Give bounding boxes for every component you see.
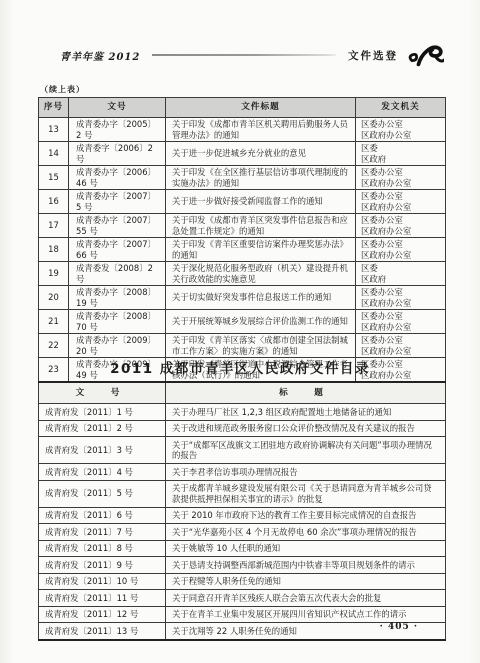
doc-title-cell: 关于印发《青羊区重要信访案件办理奖惩办法》的通知 (166, 238, 356, 262)
issuer-line: 区政府 (361, 154, 386, 164)
doc-title-cell: 关于“光华嘉苑小区 4 个月无故停电 60 余次”事项办理情况的报告 (166, 524, 446, 541)
issuer-line: 区委 (361, 143, 378, 153)
issuer-cell: 区委区政府 (356, 262, 446, 286)
serial-number-cell: 21 (39, 310, 69, 334)
issuer-line: 区委 (361, 263, 378, 273)
issuer-line: 区委办公室 (361, 335, 403, 345)
committee-documents-table: 序号文号文件标题发文机关 13成青委办字〔2005〕2 号关于印发《成都市青羊区… (38, 97, 446, 382)
scanned-page: 青羊年鉴 2012 文件选登 （续上表） 序号文号文件标题发文机关 13成青委办… (0, 0, 480, 663)
table-row: 成青府发〔2011〕9 号关于恳请支持调整西部新城范围内中铁睿丰等项目规划条件的… (39, 557, 446, 574)
doc-number-cell: 成青委发〔2008〕2 号 (69, 262, 166, 286)
column-header: 文 号 (39, 382, 166, 404)
issuer-cell: 区委办公室区政府办公室 (356, 214, 446, 238)
serial-number-cell: 13 (39, 118, 69, 142)
issuer-cell: 区委办公室区政府办公室 (356, 334, 446, 358)
issuer-line: 区政府办公室 (361, 178, 411, 188)
serial-number-cell: 14 (39, 142, 69, 166)
doc-number-cell: 成青府发〔2011〕8 号 (39, 540, 166, 557)
table-row: 成青府发〔2011〕1 号关于办理马厂社区 1,2,3 组区政府配置地土地储备证… (39, 404, 446, 421)
doc-number-cell: 成青委办字〔2005〕2 号 (69, 118, 166, 142)
column-header: 文件标题 (166, 98, 356, 118)
doc-title-cell: 关于印发《成都市青羊区机关聘用后勤服务人员管理办法》的通知 (166, 118, 356, 142)
doc-title-cell: 关于改进和规范政务服务窗口公众评价整改情况及有关建议的报告 (166, 420, 446, 437)
issuer-cell: 区委办公室区政府办公室 (356, 166, 446, 190)
serial-number-cell: 20 (39, 286, 69, 310)
table-row: 15成青委办字〔2006〕46 号关于印发《在全区推行基层信访事项代理制度的实施… (39, 166, 446, 190)
issuer-cell: 区委办公室区政府办公室 (356, 286, 446, 310)
book-title: 青羊年鉴 2012 (60, 48, 140, 63)
table-row: 17成青委办字〔2007〕55 号关于印发《成都市青羊区突发事件信息报告和应急处… (39, 214, 446, 238)
issuer-line: 区政府办公室 (361, 202, 411, 212)
doc-title-cell: 关于进一步促进城乡充分就业的意见 (166, 142, 356, 166)
table-row: 16成青委办字〔2007〕5 号关于进一步做好接受新闻监督工作的通知区委办公室区… (39, 190, 446, 214)
doc-number-cell: 成青委办字〔2008〕70 号 (69, 310, 166, 334)
doc-number-cell: 成青委办字〔2007〕55 号 (69, 214, 166, 238)
issuer-cell: 区委办公室区政府办公室 (356, 190, 446, 214)
table-row: 成青府发〔2011〕12 号关于在青羊工业集中发展区开展四川省知识产权试点工作的… (39, 606, 446, 623)
issuer-line: 区政府办公室 (361, 298, 411, 308)
issuer-line: 区政府办公室 (361, 322, 411, 332)
doc-title-cell: 关于印发《青羊区落实〈成都市创建全国法制城市工作方案〉的实施方案》的通知 (166, 334, 356, 358)
doc-title-cell: 关于印发《成都市青羊区突发事件信息报告和应急处置工作规定》的通知 (166, 214, 356, 238)
doc-number-cell: 成青府发〔2011〕9 号 (39, 557, 166, 574)
issuer-line: 区委办公室 (361, 215, 403, 225)
section2-title: 2011 成都市青羊区人民政府文件目录 (0, 357, 480, 377)
issuer-cell: 区委办公室区政府办公室 (356, 238, 446, 262)
doc-number-cell: 成青委办字〔2007〕5 号 (69, 190, 166, 214)
continuation-note: （续上表） (40, 84, 85, 95)
doc-number-cell: 成青委办字〔2007〕66 号 (69, 238, 166, 262)
doc-number-cell: 成青府发〔2011〕12 号 (39, 606, 166, 623)
running-head: 青羊年鉴 2012 文件选登 (60, 46, 444, 64)
serial-number-cell: 15 (39, 166, 69, 190)
section-label: 文件选登 (348, 48, 398, 63)
page-number: · 405 · (380, 622, 418, 632)
table-row: 20成青委办字〔2008〕19 号关于切实做好突发事件信息报送工作的通知区委办公… (39, 286, 446, 310)
doc-title-cell: 关于开展统筹城乡发展综合评价监测工作的通知 (166, 310, 356, 334)
doc-number-cell: 成青府发〔2011〕13 号 (39, 623, 166, 640)
table-row: 13成青委办字〔2005〕2 号关于印发《成都市青羊区机关聘用后勤服务人员管理办… (39, 118, 446, 142)
doc-number-cell: 成青府发〔2011〕1 号 (39, 404, 166, 421)
table-row: 19成青委发〔2008〕2 号关于深化规范化服务型政府（机关）建设提升机关行政效… (39, 262, 446, 286)
doc-title-cell: 关于进一步做好接受新闻监督工作的通知 (166, 190, 356, 214)
brush-swirl-icon (406, 41, 444, 69)
serial-number-cell: 22 (39, 334, 69, 358)
doc-number-cell: 成青府发〔2011〕3 号 (39, 437, 166, 464)
doc-number-cell: 成青府发〔2011〕7 号 (39, 524, 166, 541)
doc-number-cell: 成青府发〔2011〕5 号 (39, 480, 166, 507)
column-header: 发文机关 (356, 98, 446, 118)
column-header: 文号 (69, 98, 166, 118)
issuer-line: 区委办公室 (361, 119, 403, 129)
doc-number-cell: 成青委字〔2006〕2 号 (69, 142, 166, 166)
table-row: 22成青委办字〔2009〕20 号关于印发《青羊区落实〈成都市创建全国法制城市工… (39, 334, 446, 358)
table-row: 成青府发〔2011〕5 号关于成都青羊城乡建设发展有限公司《关于恳请同意为青羊城… (39, 480, 446, 507)
doc-title-cell: 关于 2010 年市政府下达的教育工作主要目标完成情况的自查报告 (166, 507, 446, 524)
column-header: 标 题 (166, 382, 446, 404)
doc-title-cell: 关于办理马厂社区 1,2,3 组区政府配置地土地储备证的通知 (166, 404, 446, 421)
table-row: 成青府发〔2011〕11 号关于同意召开青羊区残疾人联合会第五次代表大会的批复 (39, 590, 446, 607)
doc-title-cell: 关于李君孝信访事项办理情况报告 (166, 464, 446, 481)
table1-header: 序号文号文件标题发文机关 (39, 98, 446, 118)
issuer-cell: 区委区政府 (356, 142, 446, 166)
table-row: 成青府发〔2011〕4 号关于李君孝信访事项办理情况报告 (39, 464, 446, 481)
serial-number-cell: 17 (39, 214, 69, 238)
doc-number-cell: 成青府发〔2011〕6 号 (39, 507, 166, 524)
table-row: 18成青委办字〔2007〕66 号关于印发《青羊区重要信访案件办理奖惩办法》的通… (39, 238, 446, 262)
doc-title-cell: 关于成都青羊城乡建设发展有限公司《关于恳请同意为青羊城乡公司贷款提供抵押担保相关… (166, 480, 446, 507)
table2-header: 文 号标 题 (39, 382, 446, 404)
doc-number-cell: 成青府发〔2011〕2 号 (39, 420, 166, 437)
issuer-line: 区政府办公室 (361, 130, 411, 140)
serial-number-cell: 16 (39, 190, 69, 214)
doc-title-cell: 关于程犍等人职务任免的通知 (166, 573, 446, 590)
table-row: 成青府发〔2011〕6 号关于 2010 年市政府下达的教育工作主要目标完成情况… (39, 507, 446, 524)
government-documents-table: 文 号标 题 成青府发〔2011〕1 号关于办理马厂社区 1,2,3 组区政府配… (38, 381, 446, 641)
doc-number-cell: 成青府发〔2011〕4 号 (39, 464, 166, 481)
doc-number-cell: 成青府发〔2011〕11 号 (39, 590, 166, 607)
doc-title-cell: 关于同意召开青羊区残疾人联合会第五次代表大会的批复 (166, 590, 446, 607)
issuer-line: 区政府办公室 (361, 250, 411, 260)
doc-title-cell: 关于切实做好突发事件信息报送工作的通知 (166, 286, 356, 310)
issuer-line: 区政府办公室 (361, 346, 411, 356)
table-row: 21成青委办字〔2008〕70 号关于开展统筹城乡发展综合评价监测工作的通知区委… (39, 310, 446, 334)
issuer-cell: 区委办公室区政府办公室 (356, 118, 446, 142)
table-row: 成青府发〔2011〕10 号关于程犍等人职务任免的通知 (39, 573, 446, 590)
doc-title-cell: 关于深化规范化服务型政府（机关）建设提升机关行政效能的实施意见 (166, 262, 356, 286)
issuer-line: 区政府 (361, 274, 386, 284)
header-rule (152, 54, 336, 56)
doc-number-cell: 成青委办字〔2009〕20 号 (69, 334, 166, 358)
issuer-line: 区委办公室 (361, 191, 403, 201)
table-row: 成青府发〔2011〕3 号关于“成都军区战旗文工团驻地方政府协调解决有关问题”事… (39, 437, 446, 464)
serial-number-cell: 18 (39, 238, 69, 262)
issuer-line: 区政府办公室 (361, 226, 411, 236)
table-row: 14成青委字〔2006〕2 号关于进一步促进城乡充分就业的意见区委区政府 (39, 142, 446, 166)
doc-number-cell: 成青府发〔2011〕10 号 (39, 573, 166, 590)
issuer-line: 区委办公室 (361, 311, 403, 321)
doc-title-cell: 关于在青羊工业集中发展区开展四川省知识产权试点工作的请示 (166, 606, 446, 623)
doc-number-cell: 成青委办字〔2008〕19 号 (69, 286, 166, 310)
doc-title-cell: 关于恳请支持调整西部新城范围内中铁睿丰等项目规划条件的请示 (166, 557, 446, 574)
doc-title-cell: 关于印发《在全区推行基层信访事项代理制度的实施办法》的通知 (166, 166, 356, 190)
issuer-line: 区委办公室 (361, 167, 403, 177)
issuer-line: 区委办公室 (361, 287, 403, 297)
issuer-line: 区委办公室 (361, 239, 403, 249)
doc-title-cell: 关于“成都军区战旗文工团驻地方政府协调解决有关问题”事项办理情况的报告 (166, 437, 446, 464)
serial-number-cell: 19 (39, 262, 69, 286)
table-row: 成青府发〔2011〕7 号关于“光华嘉苑小区 4 个月无故停电 60 余次”事项… (39, 524, 446, 541)
doc-number-cell: 成青委办字〔2006〕46 号 (69, 166, 166, 190)
table-row: 成青府发〔2011〕2 号关于改进和规范政务服务窗口公众评价整改情况及有关建议的… (39, 420, 446, 437)
table-row: 成青府发〔2011〕8 号关于姚敏等 10 人任职的通知 (39, 540, 446, 557)
column-header: 序号 (39, 98, 69, 118)
issuer-cell: 区委办公室区政府办公室 (356, 310, 446, 334)
doc-title-cell: 关于姚敏等 10 人任职的通知 (166, 540, 446, 557)
